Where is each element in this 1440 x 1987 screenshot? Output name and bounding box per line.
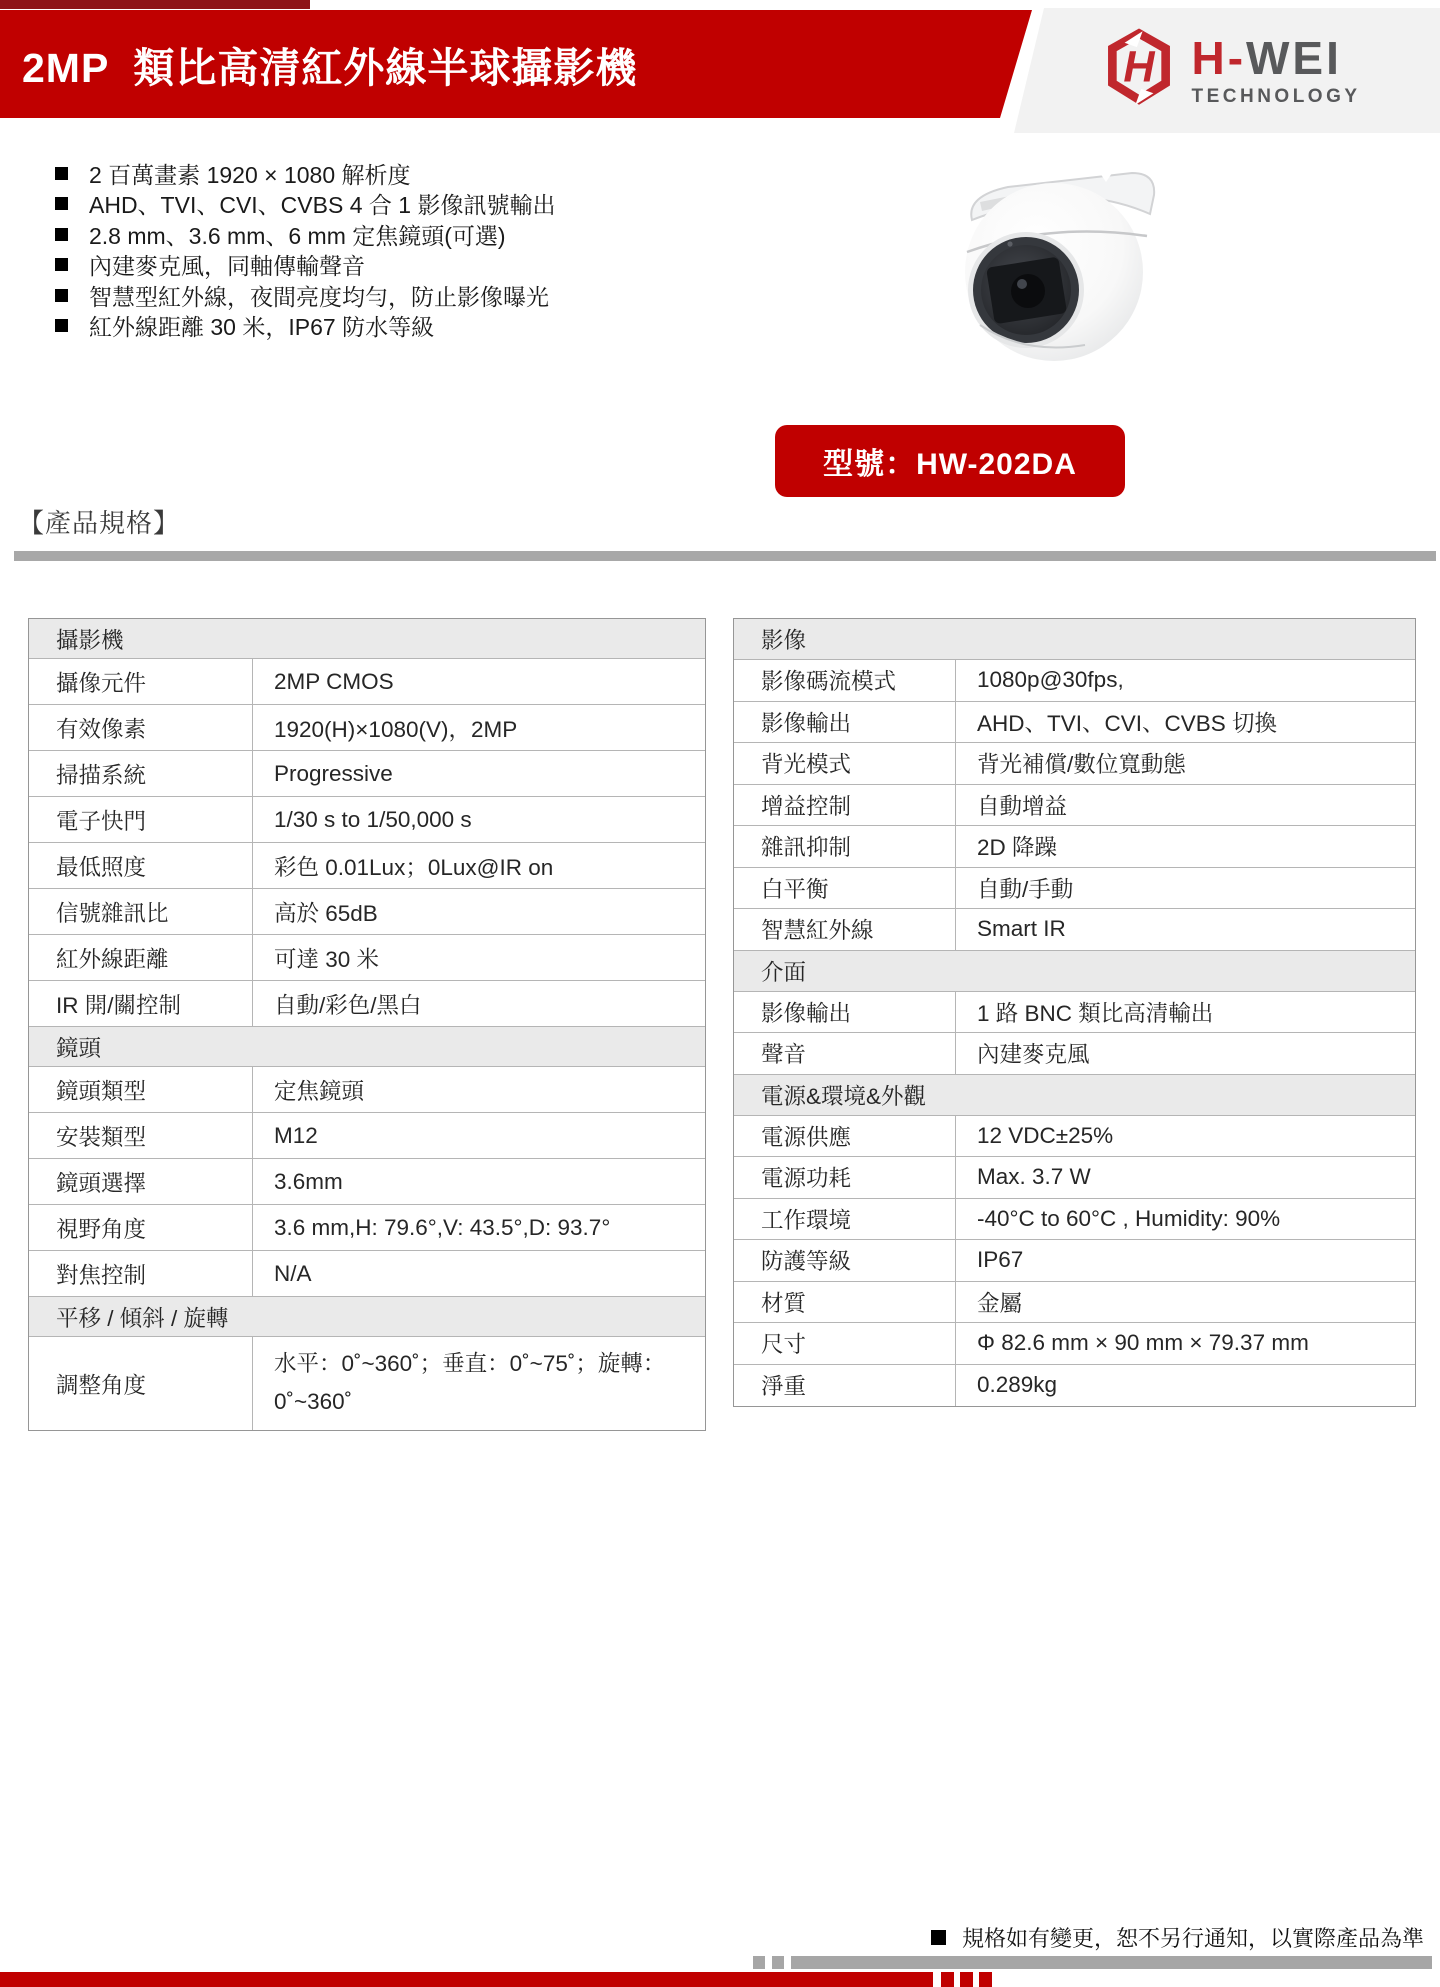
spec-label: 電子快門 [29, 797, 253, 842]
spec-row: 智慧紅外線Smart IR [734, 909, 1415, 951]
spec-row: 有效像素1920(H)×1080(V)，2MP [29, 705, 705, 751]
spec-label: 增益控制 [734, 785, 956, 826]
logo-wordmark: H-WEI TECHNOLOGY [1191, 35, 1360, 106]
bullet-square-icon [55, 167, 68, 180]
spec-value: 3.6mm [253, 1159, 705, 1204]
footer-red-squares [941, 1972, 992, 1987]
spec-row: 攝像元件2MP CMOS [29, 659, 705, 705]
model-badge: 型號：HW-202DA [775, 425, 1125, 497]
spec-row: 防護等級IP67 [734, 1240, 1415, 1282]
page-title: 2MP 類比高清紅外線半球攝影機 [22, 35, 637, 94]
section-divider-bar [14, 551, 1436, 561]
spec-value: 定焦鏡頭 [253, 1067, 705, 1112]
feature-item: AHD、TVI、CVI、CVBS 4 合 1 影像訊號輸出 [55, 189, 555, 220]
spec-value: IP67 [956, 1240, 1415, 1281]
spec-row: 紅外線距離可達 30 米 [29, 935, 705, 981]
bullet-square-icon [55, 258, 68, 271]
spec-row: 電源供應12 VDC±25% [734, 1116, 1415, 1158]
spec-value: -40°C to 60°C , Humidity: 90% [956, 1199, 1415, 1240]
spec-value: 可達 30 米 [253, 935, 705, 980]
features-list: 2 百萬畫素 1920 × 1080 解析度AHD、TVI、CVI、CVBS 4… [55, 158, 555, 341]
spec-label: 電源功耗 [734, 1157, 956, 1198]
spec-row: 背光模式背光補償/數位寬動態 [734, 743, 1415, 785]
camera-product-image [950, 140, 1170, 365]
spec-row: 淨重0.289kg [734, 1365, 1415, 1407]
feature-text: 2.8 mm、3.6 mm、6 mm 定焦鏡頭(可選) [89, 218, 506, 251]
spec-value: AHD、TVI、CVI、CVBS 切換 [956, 702, 1415, 743]
spec-label: 材質 [734, 1282, 956, 1323]
spec-section-header: 電源&環境&外觀 [734, 1075, 1415, 1116]
feature-text: 智慧型紅外線，夜間亮度均勻，防止影像曝光 [89, 279, 549, 312]
spec-value: 1/30 s to 1/50,000 s [253, 797, 705, 842]
spec-row: 增益控制自動增益 [734, 785, 1415, 827]
footer-note-text: 規格如有變更，恕不另行通知，以實際產品為準 [962, 1922, 1424, 1953]
spec-label: 視野角度 [29, 1205, 253, 1250]
footer-note: 規格如有變更，恕不另行通知，以實際產品為準 [931, 1922, 1424, 1953]
spec-value: 2MP CMOS [253, 659, 705, 704]
spec-value: 金屬 [956, 1282, 1415, 1323]
spec-value: 0.289kg [956, 1365, 1415, 1407]
spec-label: 影像輸出 [734, 702, 956, 743]
spec-label: 智慧紅外線 [734, 909, 956, 950]
spec-section-header: 影像 [734, 619, 1415, 660]
logo-brand-red: H- [1191, 32, 1246, 84]
spec-label: 對焦控制 [29, 1251, 253, 1296]
spec-value: N/A [253, 1251, 705, 1296]
spec-row: 影像輸出1 路 BNC 類比高清輸出 [734, 992, 1415, 1034]
model-badge-text: 型號：HW-202DA [823, 439, 1077, 483]
spec-label: 最低照度 [29, 843, 253, 888]
spec-label: 影像碼流模式 [734, 660, 956, 701]
spec-row: 聲音內建麥克風 [734, 1033, 1415, 1075]
spec-row: 尺寸Φ 82.6 mm × 90 mm × 79.37 mm [734, 1323, 1415, 1365]
spec-table-right: 影像影像碼流模式1080p@30fps,影像輸出AHD、TVI、CVI、CVBS… [733, 618, 1416, 1407]
spec-value: 自動/手動 [956, 868, 1415, 909]
spec-value: 12 VDC±25% [956, 1116, 1415, 1157]
spec-label: 背光模式 [734, 743, 956, 784]
spec-row: 工作環境-40°C to 60°C , Humidity: 90% [734, 1199, 1415, 1241]
spec-label: 工作環境 [734, 1199, 956, 1240]
spec-label: 防護等級 [734, 1240, 956, 1281]
spec-label: 電源供應 [734, 1116, 956, 1157]
spec-value: 2D 降躁 [956, 826, 1415, 867]
spec-row: 安裝類型M12 [29, 1113, 705, 1159]
spec-value: Max. 3.7 W [956, 1157, 1415, 1198]
spec-table-left: 攝影機攝像元件2MP CMOS有效像素1920(H)×1080(V)，2MP掃描… [28, 618, 706, 1431]
logo-brand-gray: WEI [1246, 32, 1342, 84]
spec-row: 雜訊抑制2D 降躁 [734, 826, 1415, 868]
spec-label: IR 開/關控制 [29, 981, 253, 1026]
bullet-square-icon [55, 289, 68, 302]
feature-item: 智慧型紅外線，夜間亮度均勻，防止影像曝光 [55, 280, 555, 311]
footer-gray-squares [753, 1956, 803, 1969]
spec-row: 最低照度彩色 0.01Lux；0Lux@IR on [29, 843, 705, 889]
spec-row: 對焦控制N/A [29, 1251, 705, 1297]
feature-text: 紅外線距離 30 米，IP67 防水等級 [89, 309, 434, 342]
spec-value: Φ 82.6 mm × 90 mm × 79.37 mm [956, 1323, 1415, 1364]
spec-row: 影像碼流模式1080p@30fps, [734, 660, 1415, 702]
spec-label: 雜訊抑制 [734, 826, 956, 867]
spec-label: 淨重 [734, 1365, 956, 1407]
logo-subtitle: TECHNOLOGY [1191, 87, 1360, 106]
spec-section-header: 平移 / 傾斜 / 旋轉 [29, 1297, 705, 1337]
spec-value: Smart IR [956, 909, 1415, 950]
footer-gray-bar [797, 1956, 1432, 1969]
spec-value: 高於 65dB [253, 889, 705, 934]
feature-text: 2 百萬畫素 1920 × 1080 解析度 [89, 157, 411, 190]
svg-text:H: H [1124, 44, 1156, 92]
spec-label: 聲音 [734, 1033, 956, 1074]
bullet-square-icon [55, 228, 68, 241]
spec-row: 材質金屬 [734, 1282, 1415, 1324]
page-root: 2MP 類比高清紅外線半球攝影機 H H-WEI TECHNOLOGY 2 百萬… [0, 0, 1440, 1987]
spec-label: 調整角度 [29, 1337, 253, 1430]
spec-label: 掃描系統 [29, 751, 253, 796]
bullet-square-icon [55, 319, 68, 332]
spec-label: 尺寸 [734, 1323, 956, 1364]
spec-value: 水平：0˚~360˚；垂直：0˚~75˚；旋轉：0˚~360˚ [253, 1337, 705, 1430]
spec-value: Progressive [253, 751, 705, 796]
spec-value: M12 [253, 1113, 705, 1158]
spec-value: 1 路 BNC 類比高清輸出 [956, 992, 1415, 1033]
spec-label: 鏡頭選擇 [29, 1159, 253, 1204]
feature-item: 內建麥克風，同軸傳輸聲音 [55, 250, 555, 281]
spec-row: 白平衡自動/手動 [734, 868, 1415, 910]
spec-label: 攝像元件 [29, 659, 253, 704]
feature-item: 紅外線距離 30 米，IP67 防水等級 [55, 311, 555, 342]
spec-row: 電源功耗Max. 3.7 W [734, 1157, 1415, 1199]
spec-label: 影像輸出 [734, 992, 956, 1033]
logo-panel: H H-WEI TECHNOLOGY [1014, 8, 1440, 133]
section-title: 【產品規格】 [18, 503, 180, 540]
spec-section-header: 攝影機 [29, 619, 705, 659]
top-accent-strip [0, 0, 310, 9]
spec-section-header: 鏡頭 [29, 1027, 705, 1067]
spec-row: 鏡頭選擇3.6mm [29, 1159, 705, 1205]
spec-value: 內建麥克風 [956, 1033, 1415, 1074]
feature-text: 內建麥克風，同軸傳輸聲音 [89, 248, 365, 281]
spec-row: 掃描系統Progressive [29, 751, 705, 797]
spec-value: 1920(H)×1080(V)，2MP [253, 705, 705, 750]
spec-label: 白平衡 [734, 868, 956, 909]
spec-row: 影像輸出AHD、TVI、CVI、CVBS 切換 [734, 702, 1415, 744]
spec-label: 有效像素 [29, 705, 253, 750]
spec-value: 背光補償/數位寬動態 [956, 743, 1415, 784]
spec-section-header: 介面 [734, 951, 1415, 992]
spec-row: 信號雜訊比高於 65dB [29, 889, 705, 935]
spec-label: 鏡頭類型 [29, 1067, 253, 1112]
spec-label: 安裝類型 [29, 1113, 253, 1158]
feature-item: 2 百萬畫素 1920 × 1080 解析度 [55, 158, 555, 189]
footer-red-bar [0, 1972, 933, 1987]
hexagon-h-logo-icon: H [1103, 28, 1175, 113]
spec-row: 電子快門1/30 s to 1/50,000 s [29, 797, 705, 843]
spec-value: 3.6 mm,H: 79.6°,V: 43.5°,D: 93.7° [253, 1205, 705, 1250]
bullet-square-icon [55, 197, 68, 210]
feature-text: AHD、TVI、CVI、CVBS 4 合 1 影像訊號輸出 [89, 187, 555, 220]
spec-value: 1080p@30fps, [956, 660, 1415, 701]
spec-row: 視野角度3.6 mm,H: 79.6°,V: 43.5°,D: 93.7° [29, 1205, 705, 1251]
spec-row: 鏡頭類型定焦鏡頭 [29, 1067, 705, 1113]
spec-label: 信號雜訊比 [29, 889, 253, 934]
spec-label: 紅外線距離 [29, 935, 253, 980]
note-bullet-icon [931, 1930, 946, 1945]
spec-row: IR 開/關控制自動/彩色/黑白 [29, 981, 705, 1027]
spec-value: 彩色 0.01Lux；0Lux@IR on [253, 843, 705, 888]
spec-value: 自動增益 [956, 785, 1415, 826]
spec-row: 調整角度水平：0˚~360˚；垂直：0˚~75˚；旋轉：0˚~360˚ [29, 1337, 705, 1430]
feature-item: 2.8 mm、3.6 mm、6 mm 定焦鏡頭(可選) [55, 219, 555, 250]
spec-value: 自動/彩色/黑白 [253, 981, 705, 1026]
title-banner: 2MP 類比高清紅外線半球攝影機 [0, 10, 1032, 118]
